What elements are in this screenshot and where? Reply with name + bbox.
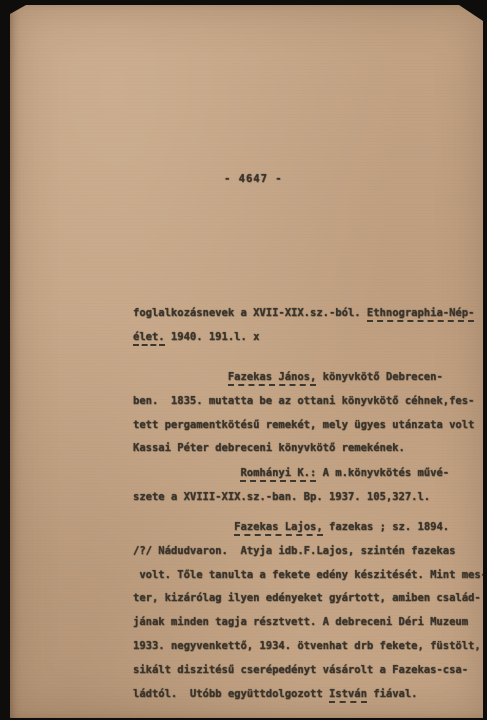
text-line: Kassai Péter debreceni könyvkötő remekén… (133, 437, 487, 461)
entry-fazekas-lajos: Fazekas Lajos, fazekas ; sz. 1894./?/ Ná… (133, 516, 487, 706)
text-segment: sikált diszitésű cserépedényt vásárolt a… (133, 664, 468, 676)
text-line: tett pergamentkötésű remekét, mely ügyes… (133, 414, 487, 438)
text-segment: fazekas ; sz. 1894. (323, 521, 449, 533)
text-segment (133, 521, 234, 533)
underlined-text: István (329, 688, 367, 703)
text-segment: volt. Tőle tanulta a fekete edény készit… (133, 569, 487, 581)
text-line: szete a XVIII-XIX.sz.-ban. Bp. 1937. 105… (133, 486, 487, 510)
text-segment: szete a XVIII-XIX.sz.-ban. Bp. 1937. 105… (133, 491, 430, 503)
underlined-text: Fazekas Lajos, (234, 521, 323, 536)
text-segment: foglalkozásnevek a XVII-XIX.sz.-ból. (133, 307, 367, 319)
text-segment (133, 371, 228, 383)
text-segment: Kassai Péter debreceni könyvkötő remekén… (133, 442, 405, 454)
text-line: Fazekas Lajos, fazekas ; sz. 1894. (133, 516, 487, 540)
text-segment: ter, kizárólag ilyen edényeket gyártott,… (133, 592, 481, 604)
text-segment: /?/ Nádudvaron. Atyja idb.F.Lajos, szint… (133, 545, 455, 557)
entry-ethnographia: foglalkozásnevek a XVII-XIX.sz.-ból. Eth… (133, 302, 487, 350)
text-line: volt. Tőle tanulta a fekete edény készit… (133, 564, 487, 588)
text-segment: A m.könyvkötés művé- (316, 467, 449, 479)
text-line: sikált diszitésű cserépedényt vásárolt a… (133, 659, 487, 683)
text-segment: tett pergamentkötésű remekét, mely ügyes… (133, 419, 474, 431)
entry-romhanyi: Romhányi K.: A m.könyvkötés művé-szete a… (133, 462, 487, 510)
text-segment: ben. 1835. mutatta be az ottani könyvköt… (133, 395, 474, 407)
text-segment: fiával. (367, 688, 418, 700)
text-line: Romhányi K.: A m.könyvkötés művé- (133, 462, 487, 486)
text-segment: ládtól. Utóbb együttdolgozott (133, 688, 329, 700)
text-segment: könyvkötő Debrecen- (316, 371, 442, 383)
underlined-text: élet. (133, 331, 165, 346)
text-segment: 1933. negyvenkettő, 1934. ötvenhat drb f… (133, 640, 481, 652)
text-line: ládtól. Utóbb együttdolgozott István fiá… (133, 683, 487, 707)
text-line: foglalkozásnevek a XVII-XIX.sz.-ból. Eth… (133, 302, 487, 326)
text-segment (133, 467, 240, 479)
underlined-text: Fazekas János, (228, 371, 317, 386)
entry-fazekas-janos: Fazekas János, könyvkötő Debrecen-ben. 1… (133, 366, 487, 461)
text-segment: 1940. 191.l. x (165, 331, 260, 343)
document-page: - 4647 - foglalkozásnevek a XVII-XIX.sz.… (10, 5, 483, 718)
text-line: ter, kizárólag ilyen edényeket gyártott,… (133, 587, 487, 611)
underlined-text: Romhányi K.: (240, 467, 316, 482)
text-segment: jának minden tagja résztvett. A debrecen… (133, 616, 468, 628)
text-line: élet. 1940. 191.l. x (133, 326, 487, 350)
scanned-document: - 4647 - foglalkozásnevek a XVII-XIX.sz.… (0, 0, 487, 720)
text-line: 1933. negyvenkettő, 1934. ötvenhat drb f… (133, 635, 487, 659)
text-line: ben. 1835. mutatta be az ottani könyvköt… (133, 390, 487, 414)
text-line: jának minden tagja résztvett. A debrecen… (133, 611, 487, 635)
text-line: /?/ Nádudvaron. Atyja idb.F.Lajos, szint… (133, 540, 487, 564)
scan-corner-mark (10, 5, 26, 14)
underlined-text: Ethnographia-Nép- (367, 307, 474, 322)
text-line: Fazekas János, könyvkötő Debrecen- (133, 366, 487, 390)
page-number: - 4647 - (224, 173, 283, 185)
